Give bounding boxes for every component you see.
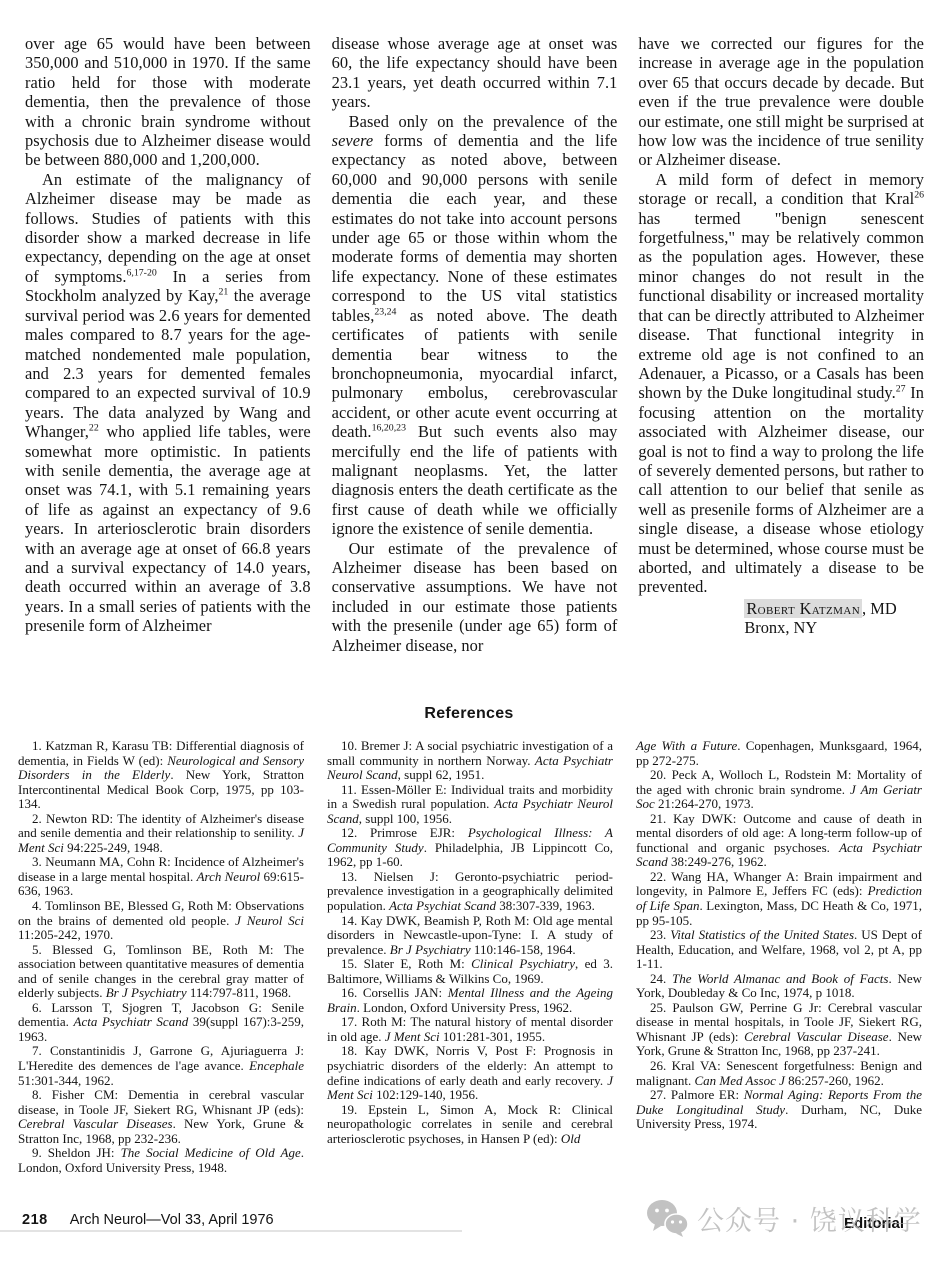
- paragraph: Our estimate of the prevalence of Alzhei…: [332, 539, 618, 655]
- author-signature: Robert Katzman, MD Bronx, NY: [744, 599, 924, 638]
- reference-item: 24. The World Almanac and Book of Facts.…: [636, 972, 922, 1001]
- reference-item: 12. Primrose EJR: Psychological Illness:…: [327, 826, 613, 870]
- paragraph: have we corrected our figures for the in…: [638, 34, 924, 170]
- author-location: Bronx, NY: [744, 618, 924, 637]
- references-heading: References: [0, 705, 938, 723]
- reference-item: Age With a Future. Copenhagen, Munksgaar…: [636, 739, 922, 768]
- author-degree: , MD: [862, 599, 897, 618]
- article-column-2: disease whose average age at onset was 6…: [332, 34, 618, 655]
- reference-item: 1. Katzman R, Karasu TB: Differential di…: [18, 739, 304, 812]
- reference-item: 6. Larsson T, Sjogren T, Jacobson G: Sen…: [18, 1001, 304, 1045]
- article-body: over age 65 would have been between 350,…: [25, 34, 924, 694]
- reference-item: 23. Vital Statistics of the United State…: [636, 928, 922, 972]
- paragraph: A mild form of defect in memory storage …: [638, 170, 924, 597]
- references-column-3: Age With a Future. Copenhagen, Munksgaar…: [636, 739, 922, 1194]
- references-section: 1. Katzman R, Karasu TB: Differential di…: [18, 739, 922, 1194]
- paragraph: An estimate of the malignancy of Alzheim…: [25, 170, 311, 636]
- journal-volume-line: Arch Neurol—Vol 33, April 1976: [70, 1212, 274, 1228]
- reference-item: 20. Peck A, Wolloch L, Rodstein M: Morta…: [636, 768, 922, 812]
- references-column-1: 1. Katzman R, Karasu TB: Differential di…: [18, 739, 304, 1194]
- reference-item: 15. Slater E, Roth M: Clinical Psychiatr…: [327, 957, 613, 986]
- reference-item: 16. Corsellis JAN: Mental Illness and th…: [327, 986, 613, 1015]
- reference-item: 13. Nielsen J: Geronto-psychiatric perio…: [327, 870, 613, 914]
- footer-rule: [0, 1230, 462, 1232]
- reference-item: 26. Kral VA: Senescent forgetfulness: Be…: [636, 1059, 922, 1088]
- wechat-icon: [645, 1198, 689, 1238]
- reference-item: 10. Bremer J: A social psychiatric inves…: [327, 739, 613, 783]
- reference-item: 17. Roth M: The natural history of menta…: [327, 1015, 613, 1044]
- paragraph: over age 65 would have been between 350,…: [25, 34, 311, 170]
- reference-item: 14. Kay DWK, Beamish P, Roth M: Old age …: [327, 914, 613, 958]
- reference-item: 7. Constantinidis J, Garrone G, Ajuriagu…: [18, 1044, 304, 1088]
- reference-item: 4. Tomlinson BE, Blessed G, Roth M: Obse…: [18, 899, 304, 943]
- reference-item: 19. Epstein L, Simon A, Mock R: Clinical…: [327, 1103, 613, 1147]
- reference-item: 2. Newton RD: The identity of Alzheimer'…: [18, 812, 304, 856]
- page-number: 218: [22, 1212, 48, 1228]
- reference-item: 21. Kay DWK: Outcome and cause of death …: [636, 812, 922, 870]
- reference-item: 25. Paulson GW, Perrine G Jr: Cerebral v…: [636, 1001, 922, 1059]
- references-column-2: 10. Bremer J: A social psychiatric inves…: [327, 739, 613, 1194]
- paragraph: Based only on the prevalence of the seve…: [332, 112, 618, 539]
- reference-item: 3. Neumann MA, Cohn R: Incidence of Alzh…: [18, 855, 304, 899]
- section-label: Editorial: [844, 1215, 904, 1232]
- reference-item: 27. Palmore ER: Normal Aging: Reports Fr…: [636, 1088, 922, 1132]
- reference-item: 22. Wang HA, Whanger A: Brain impairment…: [636, 870, 922, 928]
- reference-item: 9. Sheldon JH: The Social Medicine of Ol…: [18, 1146, 304, 1175]
- reference-item: 18. Kay DWK, Norris V, Post F: Prognosis…: [327, 1044, 613, 1102]
- footer-left: 218 Arch Neurol—Vol 33, April 1976: [22, 1212, 274, 1228]
- reference-item: 5. Blessed G, Tomlinson BE, Roth M: The …: [18, 943, 304, 1001]
- article-column-3: have we corrected our figures for the in…: [638, 34, 924, 597]
- paragraph: disease whose average age at onset was 6…: [332, 34, 618, 112]
- reference-item: 11. Essen-Möller E: Individual traits an…: [327, 783, 613, 827]
- article-column-1: over age 65 would have been between 350,…: [25, 34, 311, 636]
- reference-item: 8. Fisher CM: Dementia in cerebral vascu…: [18, 1088, 304, 1146]
- author-name: Robert Katzman: [744, 599, 862, 618]
